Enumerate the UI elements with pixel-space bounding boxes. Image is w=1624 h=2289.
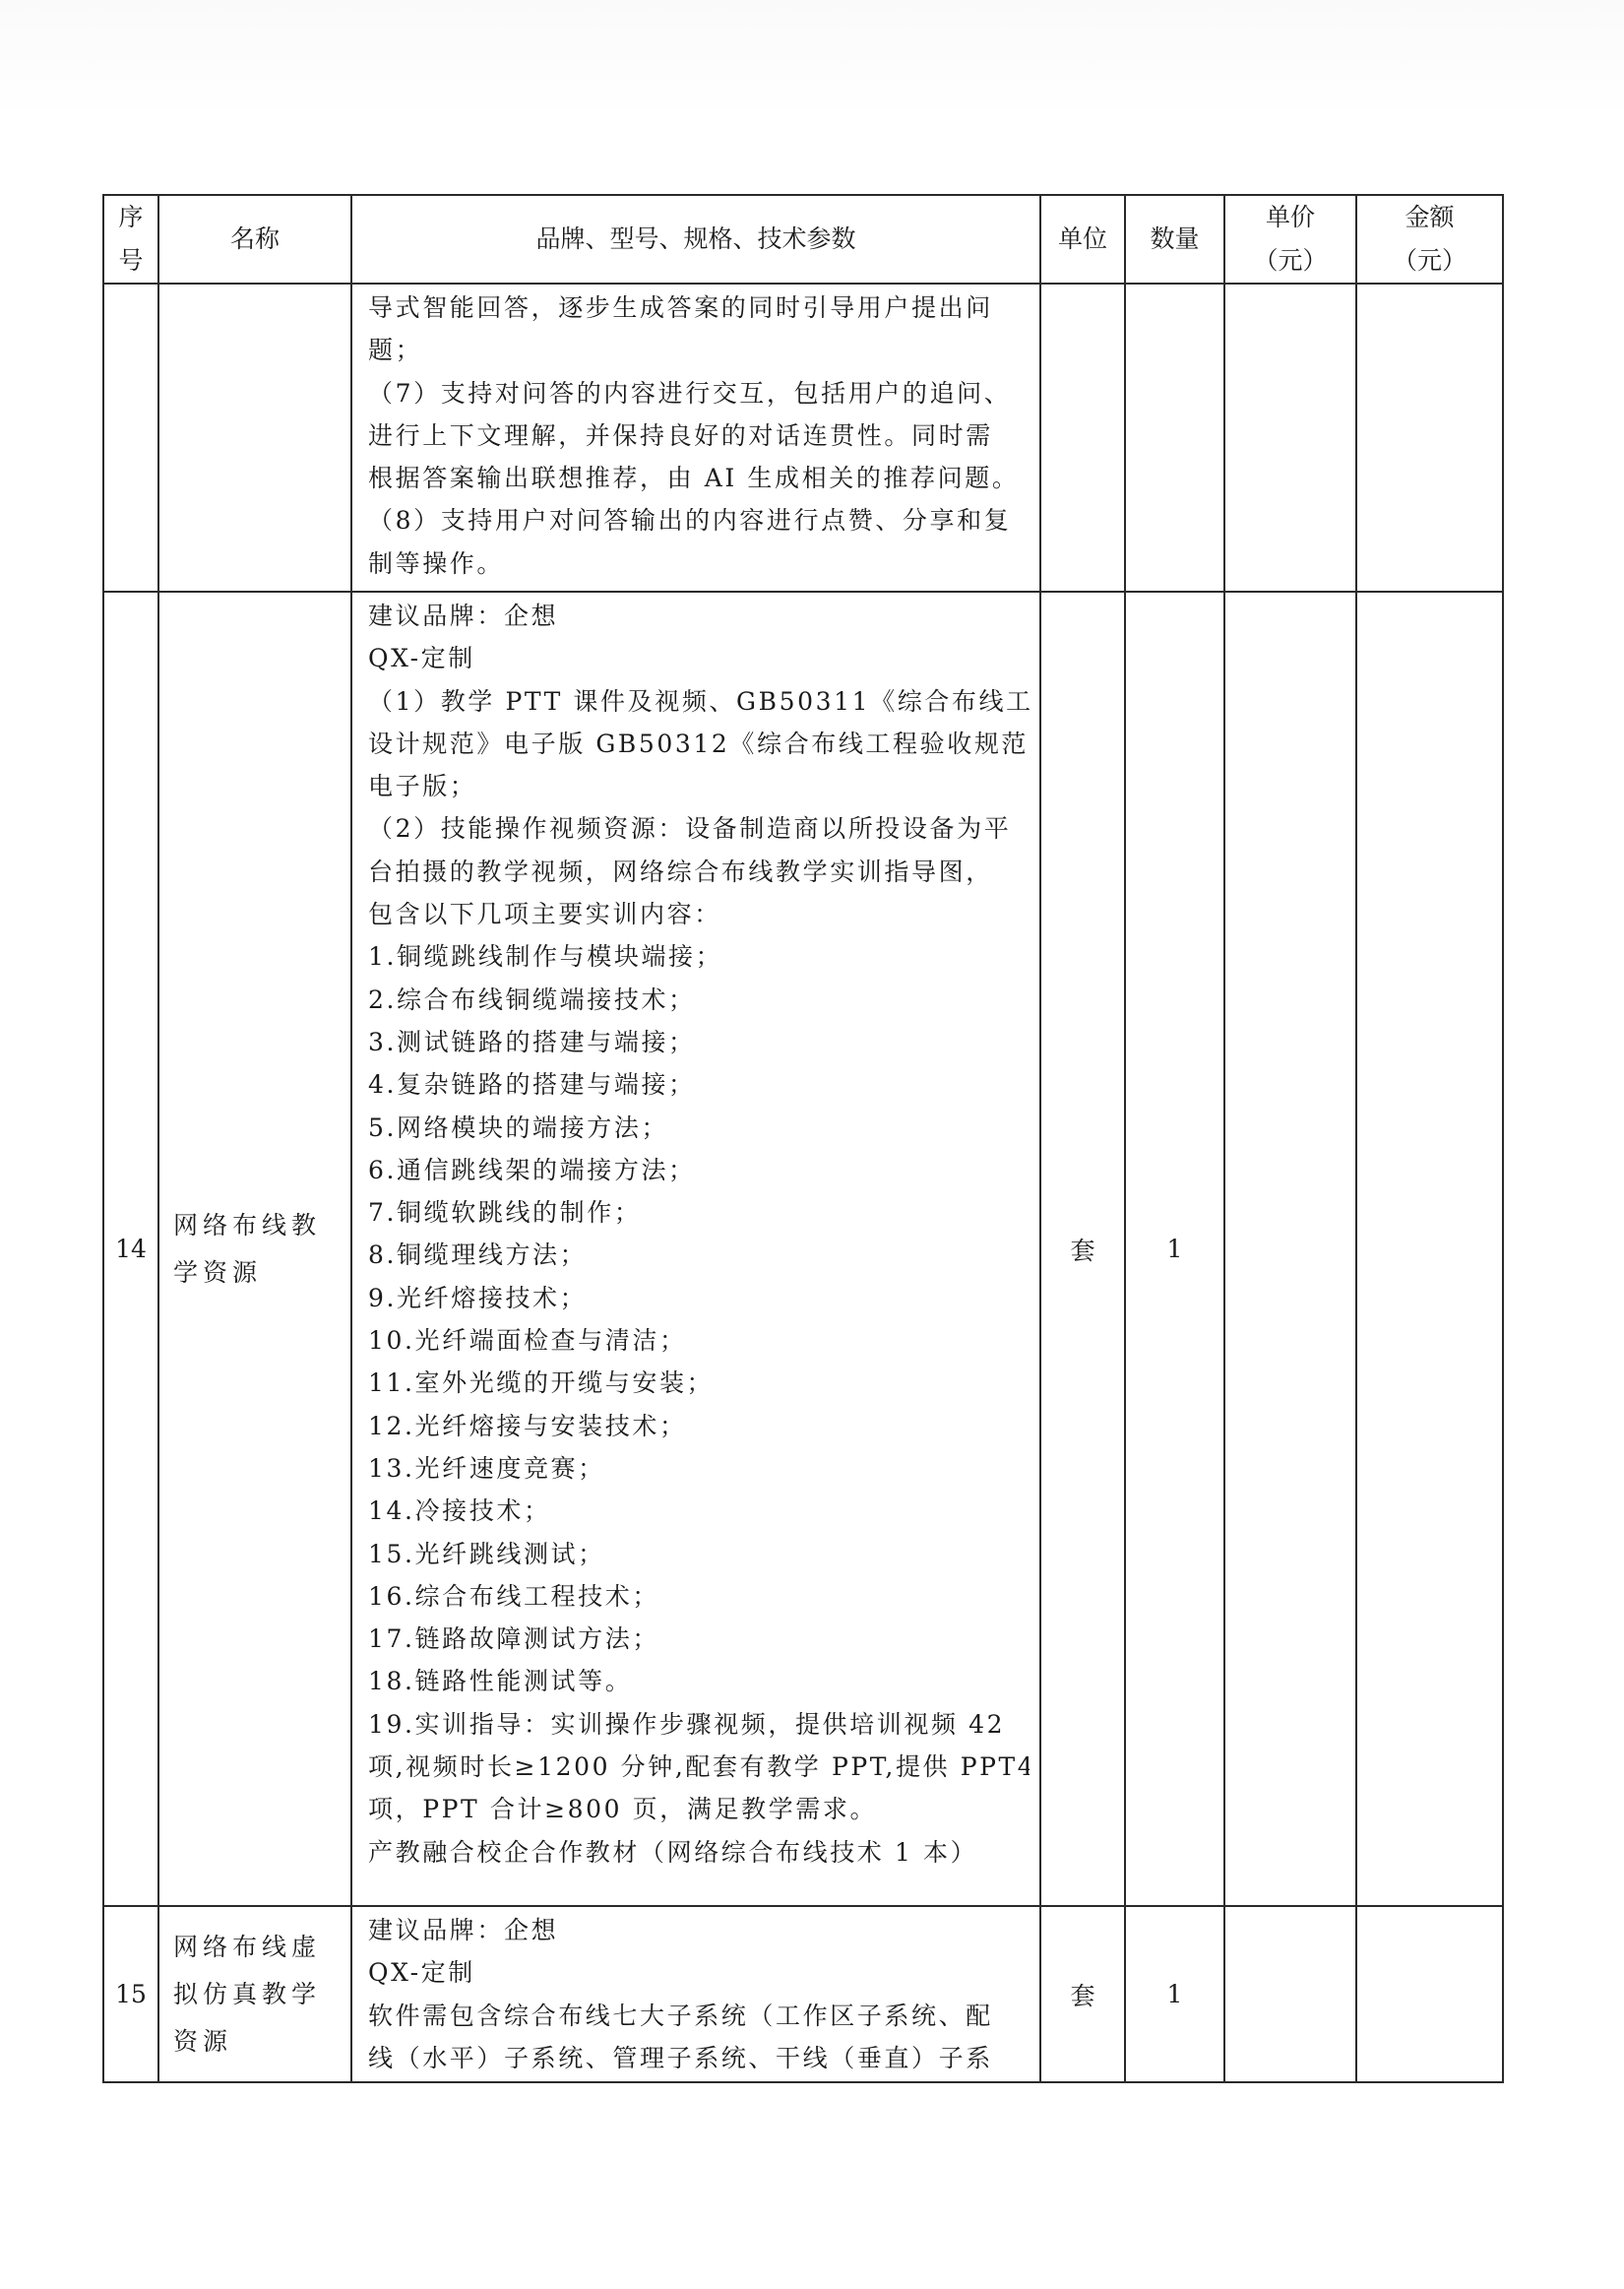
header-serial-no-line1: 序 xyxy=(104,196,157,239)
spec-line: 3.测试链路的搭建与端接； xyxy=(368,1021,1030,1063)
cell-amount xyxy=(1356,284,1503,592)
spec-line: 18.链路性能测试等。 xyxy=(368,1660,1030,1702)
spec-line: 建议品牌：企想 xyxy=(368,1909,1030,1951)
table-row: 14 网络布线教学资源 建议品牌：企想QX-定制（1）教学 PTT 课件及视频、… xyxy=(103,592,1503,1906)
header-qty: 数量 xyxy=(1125,195,1224,284)
spec-line: 产教融合校企合作教材（网络综合布线技术 1 本） xyxy=(368,1831,1030,1874)
spec-line: 线（水平）子系统、管理子系统、干线（垂直）子系 xyxy=(368,2037,1030,2079)
header-serial-no-line2: 号 xyxy=(104,239,157,283)
cell-spec: 建议品牌：企想QX-定制软件需包含综合布线七大子系统（工作区子系统、配线（水平）… xyxy=(351,1906,1040,2082)
header-amount-line1: 金额 xyxy=(1357,196,1502,239)
spec-line: 16.综合布线工程技术； xyxy=(368,1575,1030,1618)
cell-qty: 1 xyxy=(1125,592,1224,1906)
spec-line: 台拍摄的教学视频，网络综合布线教学实训指导图， xyxy=(368,851,1030,893)
cell-name: 网络布线虚拟仿真教学资源 xyxy=(158,1906,351,2082)
cell-unit: 套 xyxy=(1040,1906,1125,2082)
spec-line: 7.铜缆软跳线的制作； xyxy=(368,1191,1030,1234)
cell-unit-price xyxy=(1224,592,1356,1906)
spec-line: 设计规范》电子版 GB50312《综合布线工程验收规范》 xyxy=(368,723,1030,765)
cell-amount xyxy=(1356,592,1503,1906)
cell-serial-no xyxy=(103,284,158,592)
table-header-row: 序 号 名称 品牌、型号、规格、技术参数 单位 数量 单价 （元） 金额 （元） xyxy=(103,195,1503,284)
spec-line: QX-定制 xyxy=(368,637,1030,679)
spec-line: 电子版； xyxy=(368,765,1030,807)
spec-line: 5.网络模块的端接方法； xyxy=(368,1107,1030,1149)
spec-line: （1）教学 PTT 课件及视频、GB50311《综合布线工程 xyxy=(368,680,1030,723)
header-name: 名称 xyxy=(158,195,351,284)
spec-line: 2.综合布线铜缆端接技术； xyxy=(368,979,1030,1021)
spec-line: 包含以下几项主要实训内容： xyxy=(368,893,1030,935)
cell-spec: 建议品牌：企想QX-定制（1）教学 PTT 课件及视频、GB50311《综合布线… xyxy=(351,592,1040,1906)
spec-line: （8）支持用户对问答输出的内容进行点赞、分享和复 xyxy=(368,499,1030,541)
spec-line: 软件需包含综合布线七大子系统（工作区子系统、配 xyxy=(368,1995,1030,2037)
cell-unit: 套 xyxy=(1040,592,1125,1906)
cell-name: 网络布线教学资源 xyxy=(158,592,351,1906)
spec-line: 15.光纤跳线测试； xyxy=(368,1533,1030,1575)
spec-line: 19.实训指导：实训操作步骤视频，提供培训视频 42 xyxy=(368,1703,1030,1746)
header-serial-no: 序 号 xyxy=(103,195,158,284)
spec-lines: 建议品牌：企想QX-定制软件需包含综合布线七大子系统（工作区子系统、配线（水平）… xyxy=(368,1909,1030,2079)
spec-line: 题； xyxy=(368,329,1030,371)
header-unit-price-line1: 单价 xyxy=(1225,196,1355,239)
spec-line: （2）技能操作视频资源：设备制造商以所投设备为平 xyxy=(368,807,1030,850)
spec-line: QX-定制 xyxy=(368,1951,1030,1994)
spec-line: 9.光纤熔接技术； xyxy=(368,1277,1030,1319)
header-unit: 单位 xyxy=(1040,195,1125,284)
procurement-spec-table: 序 号 名称 品牌、型号、规格、技术参数 单位 数量 单价 （元） 金额 （元）… xyxy=(102,194,1504,2083)
spec-line: 导式智能回答，逐步生成答案的同时引导用户提出问 xyxy=(368,286,1030,329)
cell-unit-price xyxy=(1224,1906,1356,2082)
header-unit-price-line2: （元） xyxy=(1225,239,1355,283)
header-amount: 金额 （元） xyxy=(1356,195,1503,284)
spec-line: 建议品牌：企想 xyxy=(368,595,1030,637)
spec-line: 17.链路故障测试方法； xyxy=(368,1618,1030,1660)
cell-qty: 1 xyxy=(1125,1906,1224,2082)
spec-line: 11.室外光缆的开缆与安装； xyxy=(368,1362,1030,1404)
spec-lines: 导式智能回答，逐步生成答案的同时引导用户提出问题；（7）支持对问答的内容进行交互… xyxy=(368,286,1030,585)
cell-spec: 导式智能回答，逐步生成答案的同时引导用户提出问题；（7）支持对问答的内容进行交互… xyxy=(351,284,1040,592)
spec-line: 4.复杂链路的搭建与端接； xyxy=(368,1063,1030,1106)
spec-line: 1.铜缆跳线制作与模块端接； xyxy=(368,935,1030,978)
table-row: 导式智能回答，逐步生成答案的同时引导用户提出问题；（7）支持对问答的内容进行交互… xyxy=(103,284,1503,592)
header-amount-line2: （元） xyxy=(1357,239,1502,283)
spec-line: 12.光纤熔接与安装技术； xyxy=(368,1405,1030,1447)
spec-line: 制等操作。 xyxy=(368,542,1030,585)
cell-serial-no: 14 xyxy=(103,592,158,1906)
spec-line: 10.光纤端面检查与清洁； xyxy=(368,1319,1030,1362)
spec-line: 项,视频时长≥1200 分钟,配套有教学 PPT,提供 PPT40 xyxy=(368,1746,1030,1788)
spec-line: （7）支持对问答的内容进行交互，包括用户的追问、 xyxy=(368,372,1030,414)
cell-serial-no: 15 xyxy=(103,1906,158,2082)
table-row: 15 网络布线虚拟仿真教学资源 建议品牌：企想QX-定制软件需包含综合布线七大子… xyxy=(103,1906,1503,2082)
spec-line: 进行上下文理解，并保持良好的对话连贯性。同时需 xyxy=(368,414,1030,457)
cell-amount xyxy=(1356,1906,1503,2082)
cell-name xyxy=(158,284,351,592)
spec-line: 8.铜缆理线方法； xyxy=(368,1234,1030,1276)
cell-unit xyxy=(1040,284,1125,592)
spec-line: 项，PPT 合计≥800 页，满足教学需求。 xyxy=(368,1788,1030,1830)
header-spec: 品牌、型号、规格、技术参数 xyxy=(351,195,1040,284)
scan-bleed-through xyxy=(0,0,1624,118)
cell-qty xyxy=(1125,284,1224,592)
cell-unit-price xyxy=(1224,284,1356,592)
spec-line: 根据答案输出联想推荐，由 AI 生成相关的推荐问题。 xyxy=(368,457,1030,499)
spec-line: 6.通信跳线架的端接方法； xyxy=(368,1149,1030,1191)
spec-line: 14.冷接技术； xyxy=(368,1490,1030,1532)
spec-lines: 建议品牌：企想QX-定制（1）教学 PTT 课件及视频、GB50311《综合布线… xyxy=(368,595,1030,1874)
header-unit-price: 单价 （元） xyxy=(1224,195,1356,284)
spec-line: 13.光纤速度竞赛； xyxy=(368,1447,1030,1490)
